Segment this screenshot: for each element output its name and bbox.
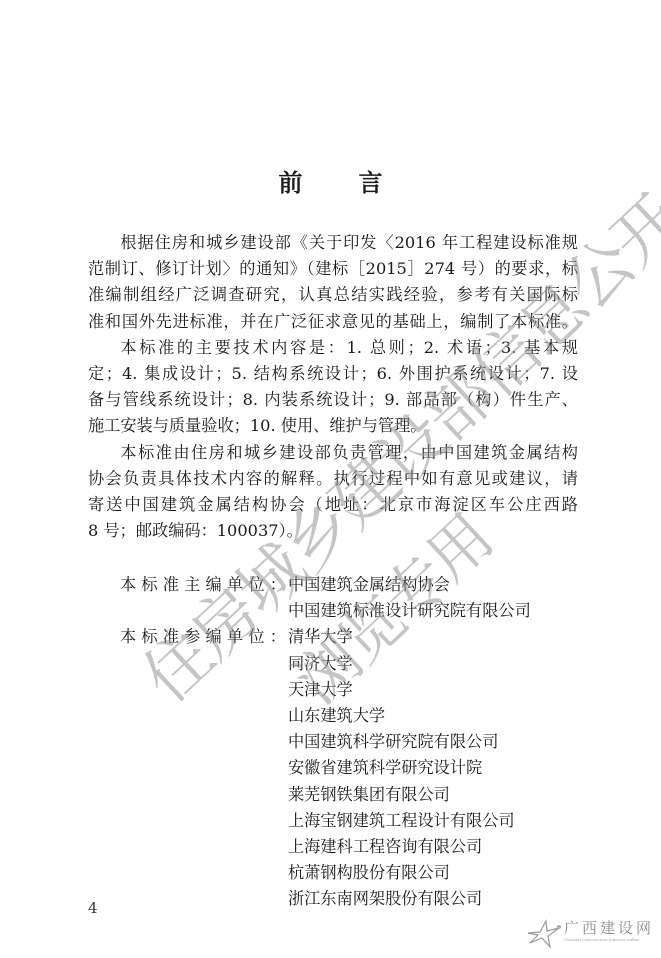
paragraph-2: 本标准的主要技术内容是：1. 总则；2. 术语；3. 基本规 定；4. 集成设计…	[88, 335, 578, 440]
participating-unit: 清华大学	[288, 624, 353, 650]
star-logo-icon	[526, 919, 562, 949]
text-line: 范制订、修订计划〉的通知》（建标［2015］274 号）的要求，标	[88, 256, 578, 282]
participating-editor-label: 本标准参编单位：	[120, 624, 288, 650]
text-line: 协会负责具体技术内容的解释。执行过程中如有意见或建议，请	[88, 466, 578, 492]
text-line: 寄送中国建筑金属结构协会（地址：北京市海淀区车公庄西路	[88, 492, 578, 518]
participating-unit: 莱芜钢铁集团有限公司	[288, 782, 450, 808]
editor-units: 本标准主编单位： 中国建筑金属结构协会 中国建筑标准设计研究院有限公司 本标准参…	[120, 572, 531, 913]
text-line: 本标准由住房和城乡建设部负责管理，由中国建筑金属结构	[88, 440, 578, 466]
chief-editor-row: 本标准主编单位： 中国建筑金属结构协会	[120, 572, 531, 598]
logo-subtitle: Guangxi construction industry online	[564, 937, 639, 942]
participating-unit: 浙江东南网架股份有限公司	[288, 886, 482, 912]
chief-editor-unit: 中国建筑金属结构协会	[288, 572, 450, 598]
participating-editor-row: 本标准参编单位： 清华大学	[120, 624, 531, 650]
text-line: 施工安装与质量验收；10. 使用、维护与管理。	[88, 413, 578, 439]
participating-unit: 同济大学	[288, 651, 353, 677]
logo-name: 广西建设网	[564, 917, 654, 938]
paragraph-3: 本标准由住房和城乡建设部负责管理，由中国建筑金属结构 协会负责具体技术内容的解释…	[88, 440, 578, 545]
text-line: 定；4. 集成设计；5. 结构系统设计；6. 外围护系统设计；7. 设	[88, 361, 578, 387]
text-line: 准编制组经广泛调查研究，认真总结实践经验，参考有关国际标	[88, 282, 578, 308]
text-line: 备与管线系统设计；8. 内装系统设计；9. 部品部（构）件生产、	[88, 387, 578, 413]
text-line: 8 号；邮政编码：100037）。	[88, 518, 578, 544]
participating-unit: 山东建筑大学	[288, 703, 385, 729]
chief-editor-unit: 中国建筑标准设计研究院有限公司	[288, 598, 531, 624]
chief-editor-label: 本标准主编单位：	[120, 572, 288, 598]
text-line: 本标准的主要技术内容是：1. 总则；2. 术语；3. 基本规	[88, 335, 578, 361]
participating-unit: 天津大学	[288, 677, 353, 703]
participating-unit: 上海宝钢建筑工程设计有限公司	[288, 808, 515, 834]
preface-body: 根据住房和城乡建设部《关于印发〈2016 年工程建设标准规 范制订、修订计划〉的…	[88, 230, 578, 544]
paragraph-1: 根据住房和城乡建设部《关于印发〈2016 年工程建设标准规 范制订、修订计划〉的…	[88, 230, 578, 335]
text-line: 根据住房和城乡建设部《关于印发〈2016 年工程建设标准规	[88, 230, 578, 256]
participating-unit: 安徽省建筑科学研究设计院	[288, 755, 482, 781]
text-line: 准和国外先进标准，并在广泛征求意见的基础上，编制了本标准。	[88, 309, 578, 335]
title-char-2: 言	[359, 163, 383, 198]
participating-unit: 上海建科工程咨询有限公司	[288, 834, 482, 860]
page-title: 前言	[0, 163, 661, 198]
site-logo: 广西建设网 Guangxi construction industry onli…	[526, 917, 656, 951]
participating-unit: 中国建筑科学研究院有限公司	[288, 729, 498, 755]
title-char-1: 前	[279, 163, 303, 198]
document-page: 前言 根据住房和城乡建设部《关于印发〈2016 年工程建设标准规 范制订、修订计…	[0, 0, 661, 958]
page-number: 4	[88, 899, 98, 917]
participating-unit: 杭萧钢构股份有限公司	[288, 860, 450, 886]
chief-editor-row: 中国建筑标准设计研究院有限公司	[120, 598, 531, 624]
